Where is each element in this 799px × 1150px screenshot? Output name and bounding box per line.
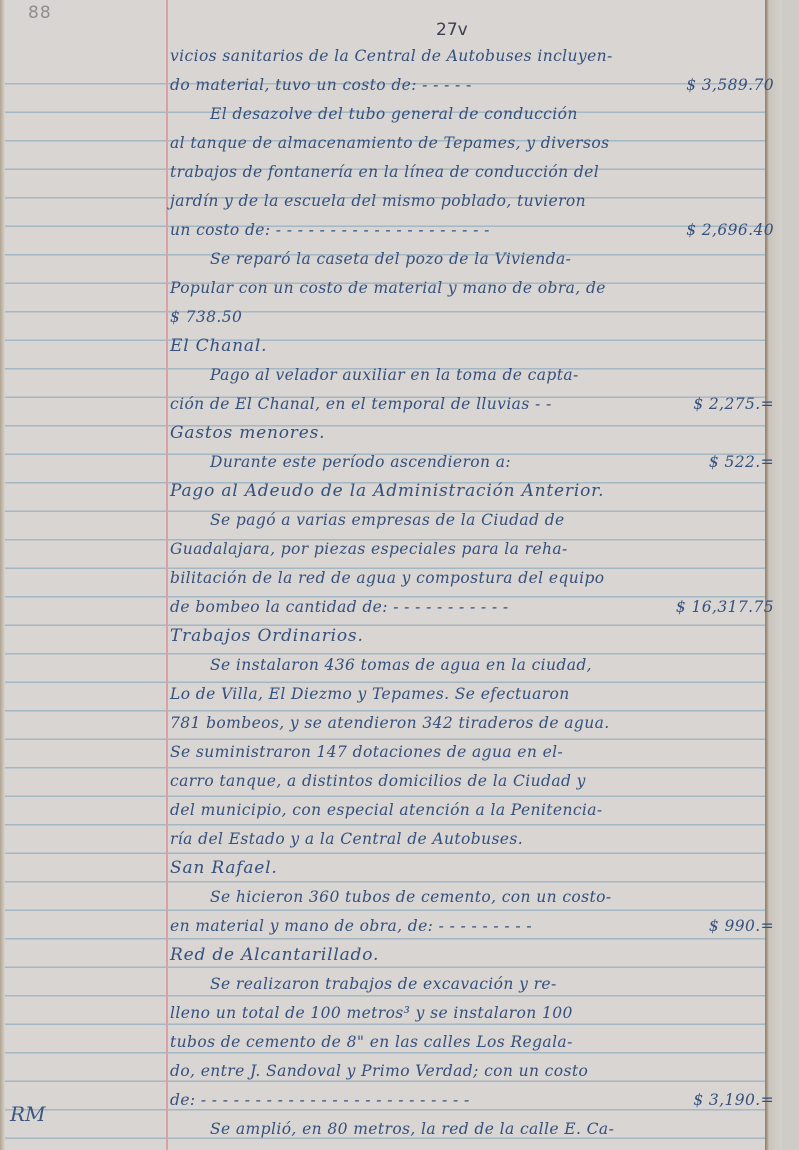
amount: $ 522.= [709,448,774,477]
text-line: Se instalaron 436 tomas de agua en la ci… [170,651,782,680]
text-line: de bombeo la cantidad de: - - - - - - - … [170,593,782,622]
amount: $ 3,589.70 [686,71,774,100]
text-line: Popular con un costo de material y mano … [170,274,782,303]
text-line: do, entre J. Sandoval y Primo Verdad; co… [170,1057,782,1086]
text-line: un costo de: - - - - - - - - - - - - - -… [170,216,782,245]
text-line: de: - - - - - - - - - - - - - - - - - - … [170,1086,782,1115]
text-line: ría del Estado y a la Central de Autobus… [170,825,782,854]
folio-stamp: 88 [28,3,52,23]
section-heading-gastos-menores: Gastos menores. [170,419,782,448]
text-line: Se reparó la caseta del pozo de la Vivie… [170,245,782,274]
text-line: Se pagó a varias empresas de la Ciudad d… [170,506,782,535]
margin-initials: RM [10,1102,46,1126]
text-line: tubos de cemento de 8" en las calles Los… [170,1028,782,1057]
amount: $ 990.= [709,912,774,941]
section-heading-adeudo: Pago al Adeudo de la Administración Ante… [170,477,782,506]
text-line: 781 bombeos, y se atendieron 342 tirader… [170,709,782,738]
text-line: El desazolve del tubo general de conducc… [170,100,782,129]
ledger-page: 88 27v RM vicios sanitarios de la Centra… [0,0,782,1150]
amount: $ 2,696.40 [686,216,774,245]
page-number: 27v [436,20,468,40]
text-line: Guadalajara, por piezas especiales para … [170,535,782,564]
section-heading-trabajos-ordinarios: Trabajos Ordinarios. [170,622,782,651]
text-line: carro tanque, a distintos domicilios de … [170,767,782,796]
section-heading-alcantarillado: Red de Alcantarillado. [170,941,782,970]
text-line: Durante este período ascendieron a: $ 52… [170,448,782,477]
section-heading-el-chanal: El Chanal. [170,332,782,361]
text-line: del municipio, con especial atención a l… [170,796,782,825]
text-line: do material, tuvo un costo de: - - - - -… [170,71,782,100]
text-line: en material y mano de obra, de: - - - - … [170,912,782,941]
page-left-edge [0,0,5,1150]
text-line: al tanque de almacenamiento de Tepames, … [170,129,782,158]
text-line: lleno un total de 100 metros³ y se insta… [170,999,782,1028]
section-heading-san-rafael: San Rafael. [170,854,782,883]
text-line: Se realizaron trabajos de excavación y r… [170,970,782,999]
margin-line [166,0,168,1150]
text-line: jardín y de la escuela del mismo poblado… [170,187,782,216]
text-line: Se amplió, en 80 metros, la red de la ca… [170,1115,782,1144]
text-line: Se suministraron 147 dotaciones de agua … [170,738,782,767]
amount: $ 3,190.= [693,1086,774,1115]
handwritten-text-block: vicios sanitarios de la Central de Autob… [170,42,782,1144]
text-line: Lo de Villa, El Diezmo y Tepames. Se efe… [170,680,782,709]
text-line: bilitación de la red de agua y compostur… [170,564,782,593]
text-line: $ 738.50 [170,303,782,332]
text-line: Pago al velador auxiliar en la toma de c… [170,361,782,390]
amount: $ 16,317.75 [676,593,774,622]
text-line: trabajos de fontanería en la línea de co… [170,158,782,187]
text-line: ción de El Chanal, en el temporal de llu… [170,390,782,419]
text-line: Se hicieron 360 tubos de cemento, con un… [170,883,782,912]
text-line: vicios sanitarios de la Central de Autob… [170,42,782,71]
amount: $ 2,275.= [693,390,774,419]
